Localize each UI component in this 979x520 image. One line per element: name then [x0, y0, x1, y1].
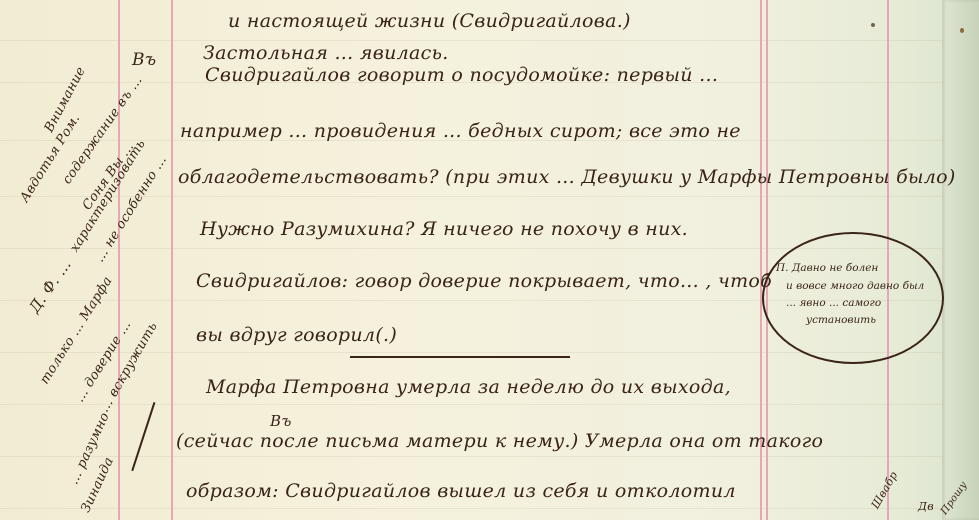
text-line-11: образом: Свидригайлов вышел из себя и от… [186, 480, 736, 502]
section-divider-stroke [350, 356, 570, 358]
text-line-2: Застольная ... явилась. [203, 42, 449, 64]
text-line-5: облагодетельствовать? (при этих ... Деву… [178, 166, 956, 188]
text-line-7: Свидригайлов: говор доверие покрывает, ч… [196, 270, 772, 292]
manuscript-page: и настоящей жизни (Свидригайлова.) Засто… [0, 0, 979, 520]
text-line-9: Марфа Петровна умерла за неделю до их вы… [206, 376, 731, 398]
circled-note-line: ... явно ... самого [786, 297, 881, 309]
paper-speck [960, 28, 964, 33]
circled-note-line: установить [806, 314, 876, 326]
margin-rule-left-2 [171, 0, 173, 520]
text-line-8: вы вдруг говорил(.) [196, 324, 397, 346]
corner-note: Дв [918, 500, 934, 513]
text-line-6: Нужно Разумихина? Я ничего не похочу в н… [200, 218, 688, 240]
ruled-line [0, 456, 960, 457]
paper-speck [871, 23, 875, 27]
circled-note-line: П. Давно не болен [776, 262, 878, 274]
text-line-1: и настоящей жизни (Свидригайлова.) [228, 10, 631, 32]
text-line-3: Свидригайлов говорит о посудомойке: перв… [205, 64, 718, 86]
page-binding-edge [942, 0, 979, 520]
ruled-line [0, 508, 960, 509]
margin-note: Д. Ф. ... [25, 256, 75, 316]
insertion-mark: Въ [270, 412, 292, 430]
margin-rule-left [118, 0, 120, 520]
corner-note: Швабр [869, 469, 901, 511]
margin-pen-stroke [131, 402, 155, 471]
text-line-10: (сейчас после письма матери к нему.) Уме… [176, 430, 823, 452]
ruled-line [0, 40, 960, 41]
circled-note-line: и вовсе много давно был [786, 280, 924, 292]
margin-note-insert: Въ [132, 50, 156, 70]
ruled-line [0, 404, 960, 405]
text-line-4: например ... провидения ... бедных сирот… [180, 120, 741, 142]
